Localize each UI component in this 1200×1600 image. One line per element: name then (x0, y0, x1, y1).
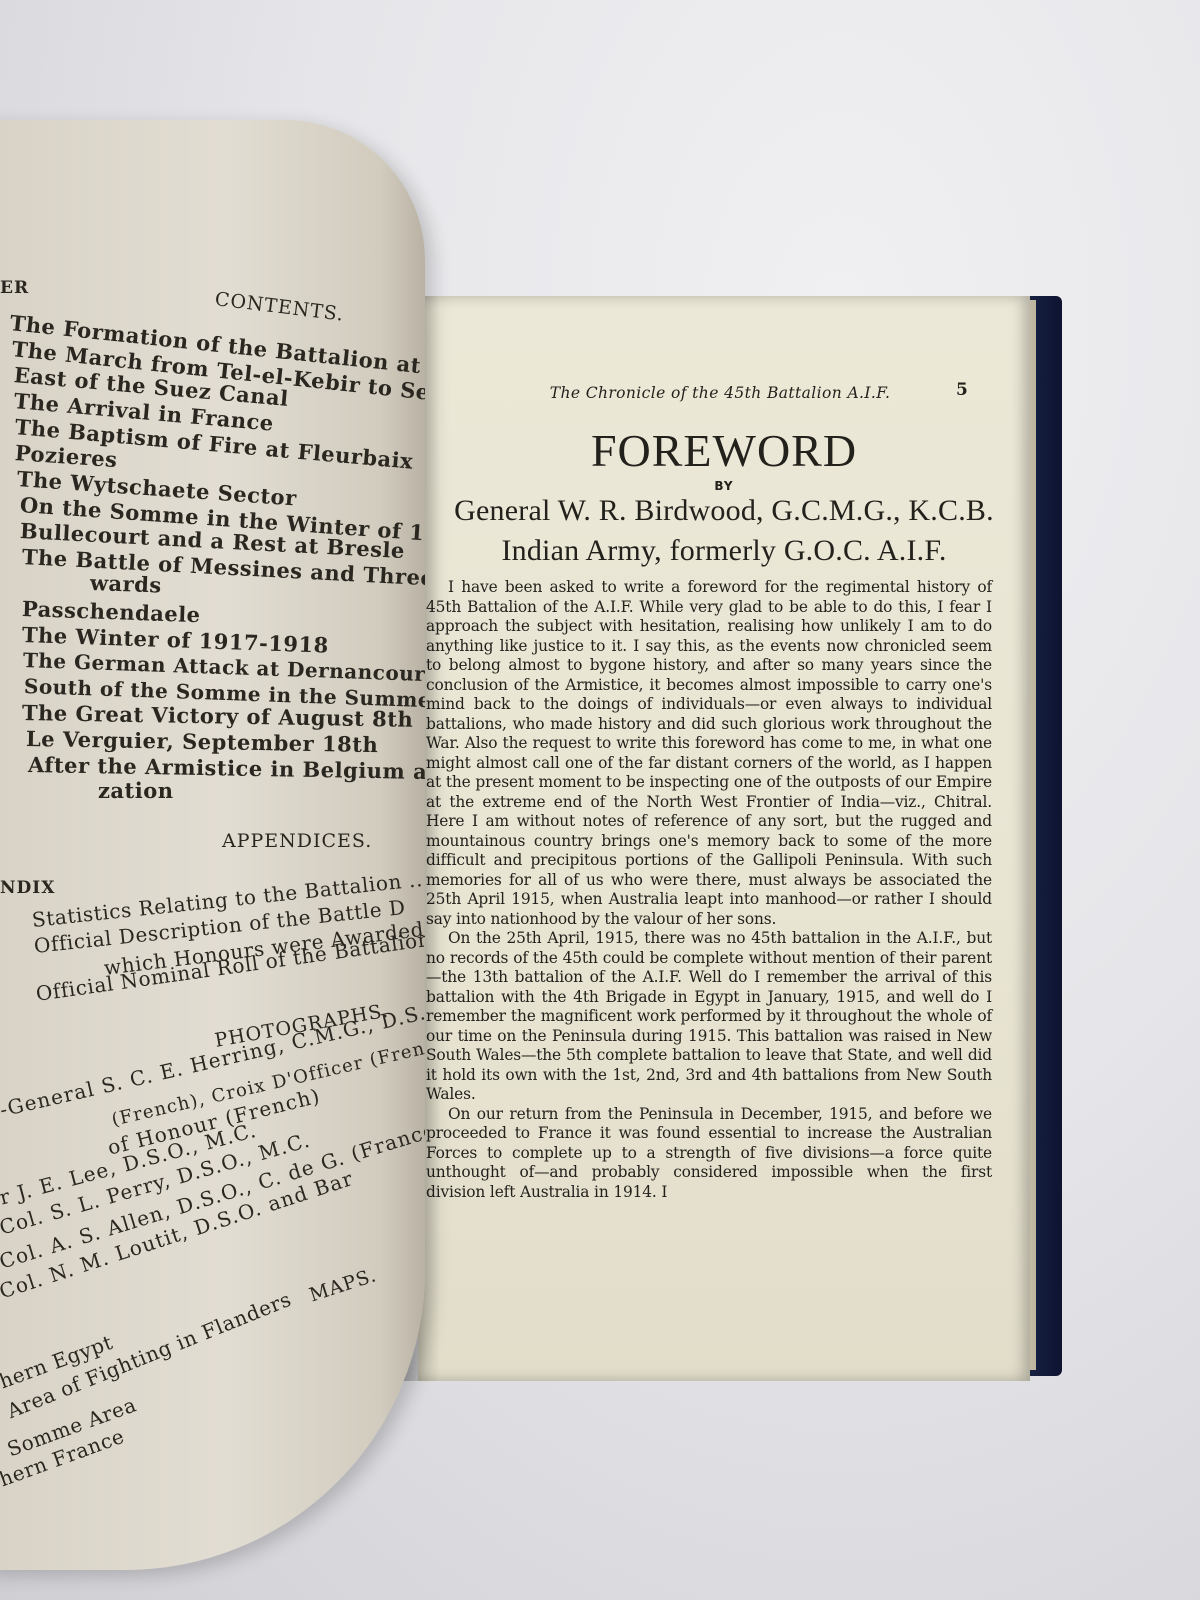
page-number: 5 (956, 380, 968, 400)
paragraph: I have been asked to write a foreword fo… (426, 578, 992, 929)
left-page: ER CONTENTS. The Formation of the Battal… (0, 120, 425, 1570)
right-page: The Chronicle of the 45th Battalion A.I.… (418, 296, 1030, 1381)
contents-heading: CONTENTS. (214, 288, 346, 326)
maps-heading: MAPS. (307, 1264, 380, 1306)
author-line-2: Indian Army, formerly G.O.C. A.I.F. (418, 534, 1030, 568)
foreword-title: FOREWORD (418, 424, 1030, 477)
paragraph: On our return from the Peninsula in Dece… (426, 1105, 992, 1203)
foreword-body: I have been asked to write a foreword fo… (426, 578, 992, 1202)
contents-entry: After the Armistice in Belgium and D (28, 752, 425, 785)
running-head: The Chronicle of the 45th Battalion A.I.… (510, 384, 930, 402)
chapter-label: ER (0, 278, 29, 298)
contents-entry: zation (98, 778, 174, 803)
foreword-by: BY (418, 479, 1030, 493)
left-page-content: ER CONTENTS. The Formation of the Battal… (0, 120, 425, 1570)
paragraph: On the 25th April, 1915, there was no 45… (426, 929, 992, 1105)
photo-scene: The Chronicle of the 45th Battalion A.I.… (0, 0, 1200, 1600)
author-line-1: General W. R. Birdwood, G.C.M.G., K.C.B. (418, 494, 1030, 528)
contents-entry: wards (90, 570, 163, 597)
appendix-label: NDIX (0, 878, 55, 898)
appendices-heading: APPENDICES. (222, 830, 372, 852)
